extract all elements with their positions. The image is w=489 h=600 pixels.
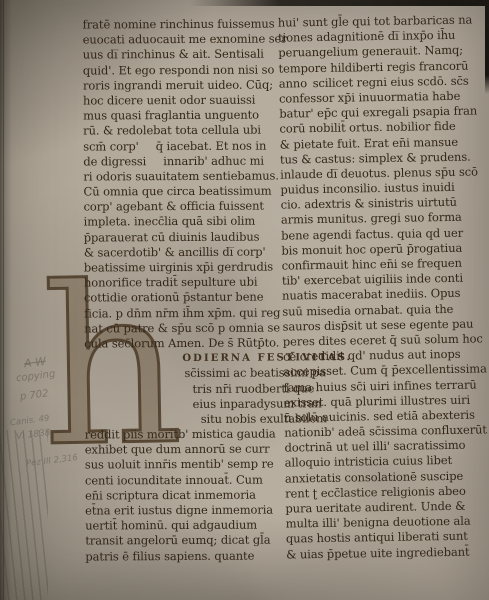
manuscript-line: mus quasi fraglantia unguento: [83, 108, 281, 124]
manuscript-line: reddit piis moritb' mistica gaudia: [85, 427, 283, 443]
pencil-marginal-note: A W: [23, 355, 46, 371]
manuscript-line: quid'. Et ego respondi non nisi so: [83, 62, 281, 78]
manuscript-line: sc̄issimi ac beatissimi pa: [84, 366, 282, 382]
manuscript-line: roris ingrandi meruit uideo. Cūq;: [83, 77, 281, 93]
spine-fold-lines: [0, 430, 48, 600]
manuscript-line: scm̄ corp' q̄ iacebat. Et nos in: [83, 138, 281, 154]
manuscript-line: exhibet que dum annorū se curr: [85, 442, 283, 458]
manuscript-line: impleta. inecc̄lia quā sibi olim: [84, 214, 282, 230]
manuscript-line: beatissime uirginis xp̄i gerdrudis: [84, 259, 282, 275]
manuscript-line: transit angelorū eumq; dicat gl̄a: [85, 533, 283, 549]
manuscript-left-column: fratē nomine rinchinus fuissemuseuocati …: [83, 16, 284, 564]
photo-top-black-edge: [190, 0, 489, 6]
photo-right-black-edge: [485, 0, 489, 94]
manuscript-line: ODIERNA FESTIVITAS.: [84, 351, 282, 367]
manuscript-line: sus uoluit innr̄is mentib' semp re: [85, 457, 283, 473]
manuscript-line: eius inparadysum tran: [85, 396, 283, 412]
manuscript-line: centi iocunditate innouat̄. Cum: [85, 472, 283, 488]
manuscript-line: nuatis macerabat inediis. Opus: [282, 286, 484, 304]
manuscript-line: & uias p̄petue uite ingrediebant̄: [286, 544, 488, 562]
manuscript-line: uertit̄ hominū. qui adgaudium: [85, 518, 283, 534]
manuscript-line: honorifice tradit̄ sepulture ubi: [84, 275, 282, 291]
manuscript-line: euocati aduocauit me exnomine ser: [83, 32, 281, 48]
manuscript-line: de digressi innarib' adhuc mi: [83, 153, 281, 169]
manuscript-right-column: hui' sunt gl̄e qui tot barbaricas nation…: [278, 12, 489, 562]
manuscript-photo: { "meta": { "description": "Photograph o…: [0, 0, 489, 600]
manuscript-line: et̄na erit iustus digne inmemoria: [85, 502, 283, 518]
manuscript-line: corp' agebant & officia fuissent: [84, 199, 282, 215]
manuscript-line: patris ē filius sapiens. quante: [85, 548, 283, 564]
manuscript-line: ficia. p dn̄m nr̄m ih̄m xp̄m. qui reg: [84, 305, 282, 321]
manuscript-line: tris nr̄i ruodberti que: [84, 381, 282, 397]
manuscript-line: cottidie orationū p̄stantur bene: [84, 290, 282, 306]
manuscript-line: situ nobis exultabilem: [85, 411, 283, 427]
manuscript-line: hoc dicere uenit odor suauissi: [83, 92, 281, 108]
manuscript-line: rū. & redolebat tota cellula ubi: [83, 123, 281, 139]
manuscript-line: fratē nomine rinchinus fuissemus: [83, 16, 281, 32]
manuscript-line: Cū omnia que circa beatissimum: [83, 184, 281, 200]
manuscript-line: ri odoris suauitatem sentiebamus.: [83, 168, 281, 184]
manuscript-line: cula sec̄lorum Amen. De s̄ Rūtp̄to.: [84, 335, 282, 351]
manuscript-line: p̄parauerat cū diuinis laudibus: [84, 229, 282, 245]
manuscript-line: uus di̅ rinchinus & ait. Sentisali: [83, 47, 281, 63]
manuscript-line: & sacerdotib' & ancillis di̅ corp': [84, 244, 282, 260]
manuscript-line: en̄i scriptura dicat inmemoria: [85, 487, 283, 503]
manuscript-line: nat cū patre & sp̄u scō p omnia se: [84, 320, 282, 336]
